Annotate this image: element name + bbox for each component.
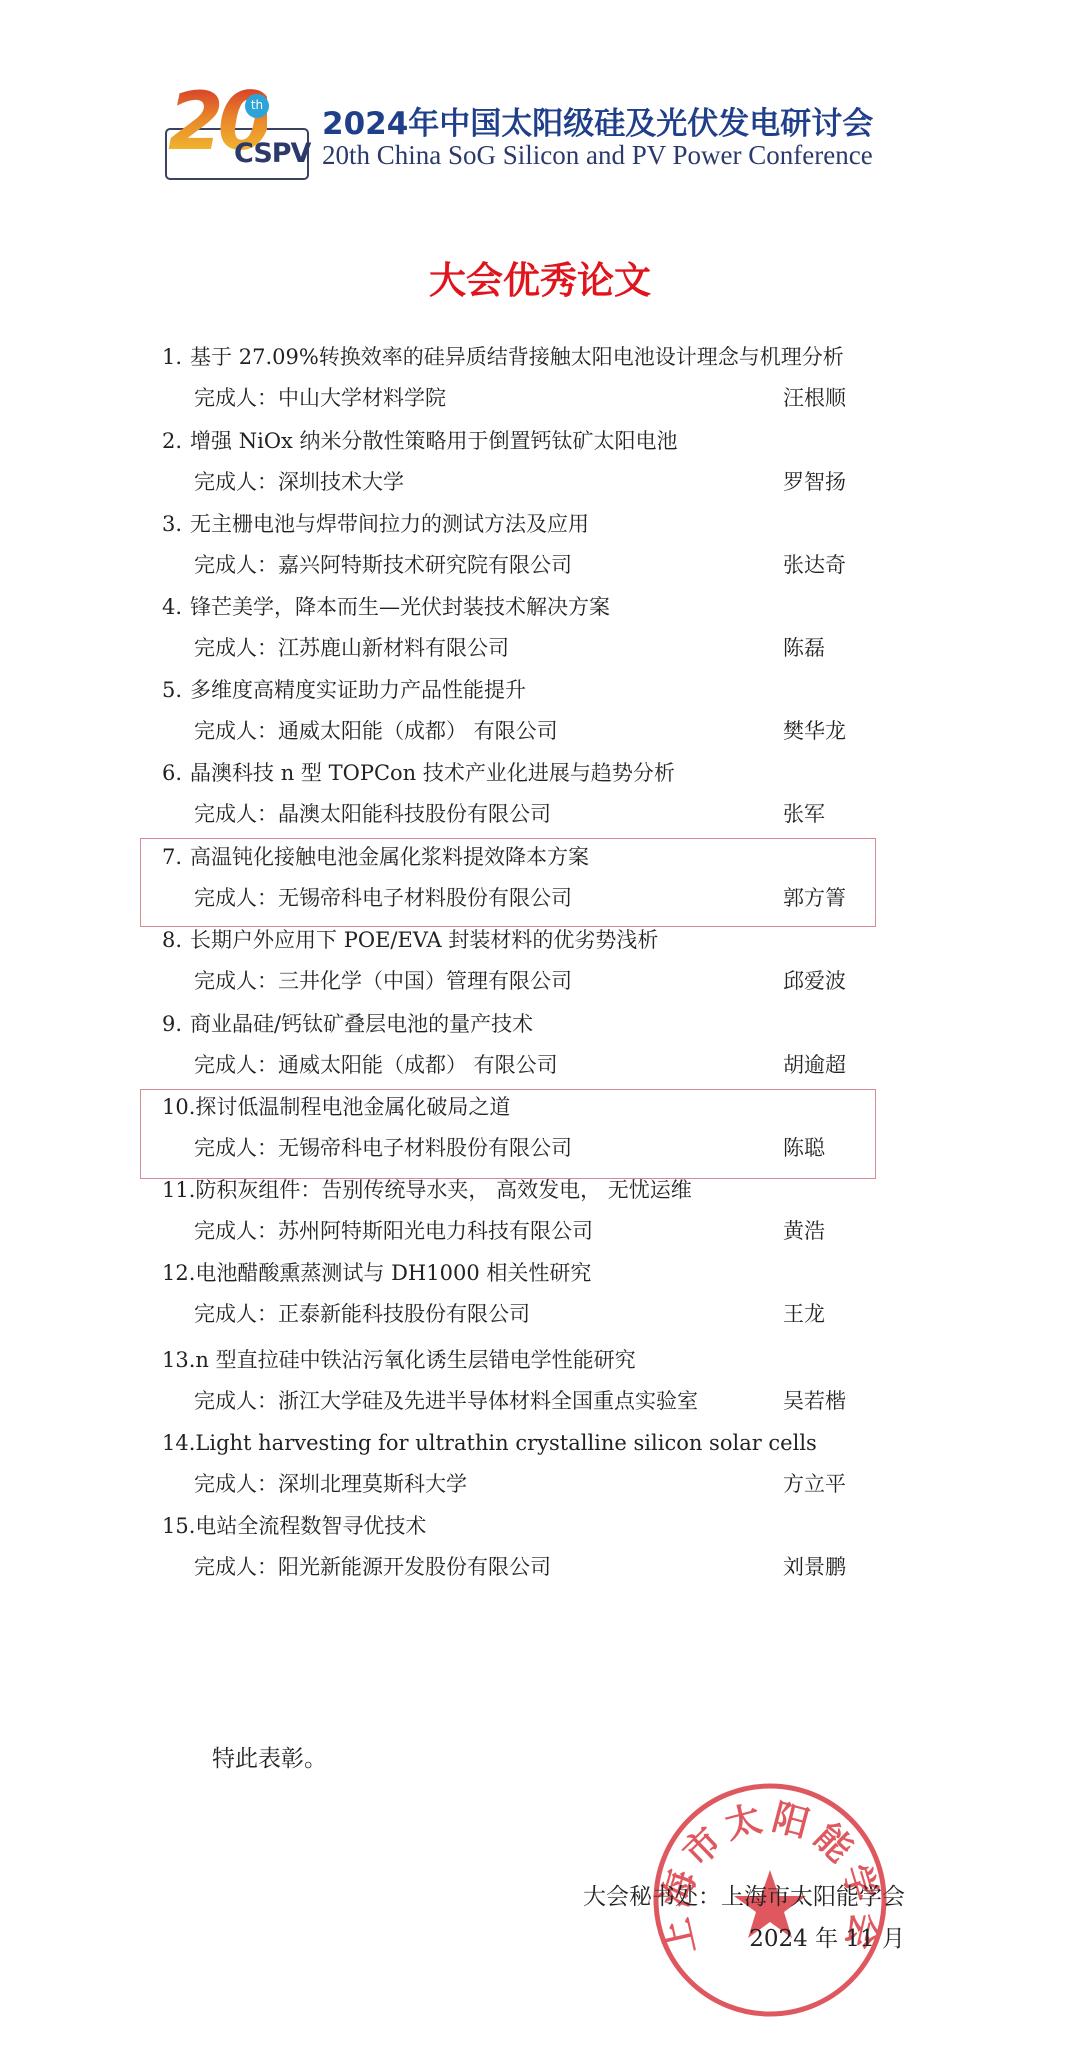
paper-number: 1. [162,345,182,369]
paper-title-text: 防积灰组件：告别传统导水夹， 高效发电， 无忧运维 [195,1178,691,1202]
paper-title: 5.多维度高精度实证助力产品性能提升 [162,676,526,704]
author-label: 完成人： [194,1389,278,1413]
paper-author-line: 完成人：深圳北理莫斯科大学 [194,1470,467,1498]
author-label: 完成人： [194,636,278,660]
author-name: 郭方箐 [783,884,846,912]
author-label: 完成人： [194,470,278,494]
author-organization: 江苏鹿山新材料有限公司 [278,636,509,660]
author-organization: 通威太阳能（成都） 有限公司 [278,719,558,743]
paper-number: 10. [162,1095,195,1119]
paper-author-line: 完成人：中山大学材料学院 [194,384,446,412]
paper-number: 2. [162,429,182,453]
paper-title-text: 晶澳科技 n 型 TOPCon 技术产业化进展与趋势分析 [190,761,675,785]
paper-author-line: 完成人：江苏鹿山新材料有限公司 [194,634,509,662]
paper-title: 2.增强 NiOx 纳米分散性策略用于倒置钙钛矿太阳电池 [162,427,678,455]
author-name: 刘景鹏 [783,1553,846,1581]
paper-title: 11.防积灰组件：告别传统导水夹， 高效发电， 无忧运维 [162,1176,692,1204]
paper-title: 4.锋芒美学，降本而生—光伏封装技术解决方案 [162,593,610,621]
author-name: 罗智扬 [783,468,846,496]
author-label: 完成人： [194,886,278,910]
closing-remark: 特此表彰。 [212,1740,327,1773]
paper-title-text: 探讨低温制程电池金属化破局之道 [195,1095,510,1119]
paper-author-line: 完成人：通威太阳能（成都） 有限公司 [194,1051,558,1079]
paper-title: 7.高温钝化接触电池金属化浆料提效降本方案 [162,843,589,871]
paper-author-line: 完成人：晶澳太阳能科技股份有限公司 [194,800,551,828]
paper-number: 13. [162,1348,195,1372]
paper-title: 10.探讨低温制程电池金属化破局之道 [162,1093,510,1121]
conference-header: 20 th CSPV 2024年中国太阳级硅及光伏发电研讨会 20th Chin… [160,88,920,183]
author-name: 张达奇 [783,551,846,579]
conference-title-en: 20th China SoG Silicon and PV Power Conf… [322,140,873,171]
conference-title-cn: 2024年中国太阳级硅及光伏发电研讨会 [322,98,873,143]
paper-title: 3.无主栅电池与焊带间拉力的测试方法及应用 [162,510,589,538]
paper-author-line: 完成人：通威太阳能（成都） 有限公司 [194,717,558,745]
paper-number: 7. [162,845,182,869]
paper-title: 13.n 型直拉硅中铁沾污氧化诱生层错电学性能研究 [162,1346,636,1374]
paper-title: 9.商业晶硅/钙钛矿叠层电池的量产技术 [162,1010,533,1038]
paper-title: 6.晶澳科技 n 型 TOPCon 技术产业化进展与趋势分析 [162,759,675,787]
author-name: 陈磊 [783,634,825,662]
author-label: 完成人： [194,553,278,577]
paper-number: 8. [162,928,182,952]
author-organization: 浙江大学硅及先进半导体材料全国重点实验室 [278,1389,698,1413]
paper-number: 11. [162,1178,195,1202]
author-organization: 深圳北理莫斯科大学 [278,1472,467,1496]
logo-acronym: CSPV [234,138,310,169]
paper-title: 1.基于 27.09%转换效率的硅异质结背接触太阳电池设计理念与机理分析 [162,343,844,371]
author-organization: 三井化学（中国）管理有限公司 [278,969,572,993]
cspv-logo: 20 th CSPV [160,88,308,180]
paper-number: 14. [162,1431,195,1455]
author-label: 完成人： [194,1136,278,1160]
paper-author-line: 完成人：无锡帝科电子材料股份有限公司 [194,1134,572,1162]
paper-author-line: 完成人：阳光新能源开发股份有限公司 [194,1553,551,1581]
author-name: 吴若楷 [783,1387,846,1415]
author-organization: 晶澳太阳能科技股份有限公司 [278,802,551,826]
author-name: 邱爱波 [783,967,846,995]
paper-title-text: 高温钝化接触电池金属化浆料提效降本方案 [190,845,589,869]
paper-author-line: 完成人：苏州阿特斯阳光电力科技有限公司 [194,1217,593,1245]
paper-author-line: 完成人：浙江大学硅及先进半导体材料全国重点实验室 [194,1387,698,1415]
paper-number: 9. [162,1012,182,1036]
author-organization: 苏州阿特斯阳光电力科技有限公司 [278,1219,593,1243]
author-label: 完成人： [194,969,278,993]
logo-superscript: th [245,94,269,118]
author-label: 完成人： [194,1219,278,1243]
author-organization: 阳光新能源开发股份有限公司 [278,1555,551,1579]
paper-author-line: 完成人：深圳技术大学 [194,468,404,496]
author-name: 王龙 [783,1300,825,1328]
paper-title-text: 电站全流程数智寻优技术 [195,1514,426,1538]
paper-title-text: 多维度高精度实证助力产品性能提升 [190,678,526,702]
issue-date: 2024 年 11 月 [749,1920,905,1953]
paper-title: 15.电站全流程数智寻优技术 [162,1512,426,1540]
paper-author-line: 完成人：无锡帝科电子材料股份有限公司 [194,884,572,912]
author-organization: 正泰新能科技股份有限公司 [278,1302,530,1326]
paper-author-line: 完成人：嘉兴阿特斯技术研究院有限公司 [194,551,572,579]
author-organization: 无锡帝科电子材料股份有限公司 [278,1136,572,1160]
author-label: 完成人： [194,1053,278,1077]
author-label: 完成人： [194,719,278,743]
author-name: 陈聪 [783,1134,825,1162]
author-label: 完成人： [194,1472,278,1496]
paper-title: 12.电池醋酸熏蒸测试与 DH1000 相关性研究 [162,1259,591,1287]
author-organization: 中山大学材料学院 [278,386,446,410]
author-organization: 嘉兴阿特斯技术研究院有限公司 [278,553,572,577]
paper-title-text: n 型直拉硅中铁沾污氧化诱生层错电学性能研究 [195,1348,635,1372]
author-label: 完成人： [194,1302,278,1326]
paper-author-line: 完成人：三井化学（中国）管理有限公司 [194,967,572,995]
paper-number: 12. [162,1261,195,1285]
author-name: 汪根顺 [783,384,846,412]
paper-title-text: 增强 NiOx 纳米分散性策略用于倒置钙钛矿太阳电池 [190,429,678,453]
document-title: 大会优秀论文 [0,250,1080,304]
paper-title-text: Light harvesting for ultrathin crystalli… [195,1431,816,1455]
author-name: 方立平 [783,1470,846,1498]
paper-title-text: 锋芒美学，降本而生—光伏封装技术解决方案 [190,595,610,619]
paper-number: 5. [162,678,182,702]
paper-number: 3. [162,512,182,536]
paper-author-line: 完成人：正泰新能科技股份有限公司 [194,1300,530,1328]
author-organization: 深圳技术大学 [278,470,404,494]
author-label: 完成人： [194,386,278,410]
paper-title-text: 基于 27.09%转换效率的硅异质结背接触太阳电池设计理念与机理分析 [190,345,844,369]
paper-title-text: 商业晶硅/钙钛矿叠层电池的量产技术 [190,1012,533,1036]
author-organization: 无锡帝科电子材料股份有限公司 [278,886,572,910]
author-name: 张军 [783,800,825,828]
author-label: 完成人： [194,1555,278,1579]
paper-title-text: 无主栅电池与焊带间拉力的测试方法及应用 [190,512,589,536]
author-label: 完成人： [194,802,278,826]
paper-number: 15. [162,1514,195,1538]
paper-title-text: 长期户外应用下 POE/EVA 封装材料的优劣势浅析 [190,928,658,952]
paper-number: 6. [162,761,182,785]
author-name: 胡逾超 [783,1051,846,1079]
issuer-line: 大会秘书处：上海市太阳能学会 [583,1878,905,1911]
paper-title: 8.长期户外应用下 POE/EVA 封装材料的优劣势浅析 [162,926,658,954]
paper-number: 4. [162,595,182,619]
author-name: 樊华龙 [783,717,846,745]
paper-title-text: 电池醋酸熏蒸测试与 DH1000 相关性研究 [195,1261,591,1285]
paper-title: 14.Light harvesting for ultrathin crysta… [162,1429,817,1457]
author-organization: 通威太阳能（成都） 有限公司 [278,1053,558,1077]
author-name: 黄浩 [783,1217,825,1245]
